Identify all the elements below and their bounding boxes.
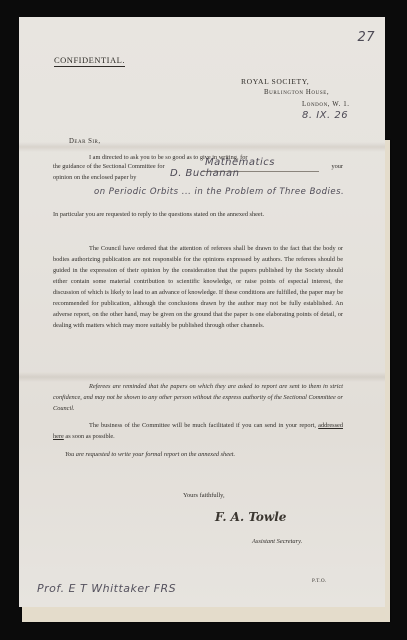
para3-referee-guidance: The Council have ordered that the attent… [53, 243, 343, 331]
committee-handwritten: Mathematics [205, 157, 275, 168]
page-number: 27 [357, 30, 375, 45]
para1-line3-prefix: opinion on the enclosed paper by [53, 174, 136, 181]
para5-suffix: as soon as possible. [64, 433, 115, 440]
pto-note: P.T.O. [312, 579, 327, 584]
signatory-title: Assistant Secretary. [252, 538, 302, 545]
signature: F. A. Towle [215, 510, 286, 524]
para1-line2-suffix: your [331, 163, 343, 170]
confidential-heading: CONFIDENTIAL. [54, 55, 125, 67]
para1-line2-prefix: the guidance of the Sectional Committee … [53, 163, 165, 170]
salutation: Dear Sir, [69, 138, 101, 145]
para1-line3: opinion on the enclosed paper by D. Buch… [53, 174, 343, 186]
recipient-handwritten: Prof. E T Whittaker FRS [37, 582, 176, 595]
para5-business: The business of the Committee will be mu… [53, 420, 343, 442]
address-line-3: London, W. 1. [302, 101, 350, 108]
date-handwritten: 8. IX. 26 [302, 110, 348, 121]
para6-formal-report: You are requested to write your formal r… [65, 449, 355, 460]
author-handwritten: D. Buchanan [170, 168, 240, 179]
address-line-2: Burlington House, [264, 89, 329, 96]
address-line-1: ROYAL SOCIETY, [241, 77, 309, 86]
closing: Yours faithfully, [183, 492, 225, 499]
paper-title-handwritten: on Periodic Orbits ... in the Problem of… [94, 187, 344, 197]
letter-page: 27 CONFIDENTIAL. ROYAL SOCIETY, Burlingt… [19, 17, 385, 607]
para4-confidentiality: Referees are reminded that the papers on… [53, 381, 343, 414]
para1-line1: I am directed to ask you to be so good a… [53, 152, 343, 163]
para2: In particular you are requested to reply… [53, 209, 343, 220]
para5-prefix: The business of the Committee will be mu… [89, 422, 318, 429]
